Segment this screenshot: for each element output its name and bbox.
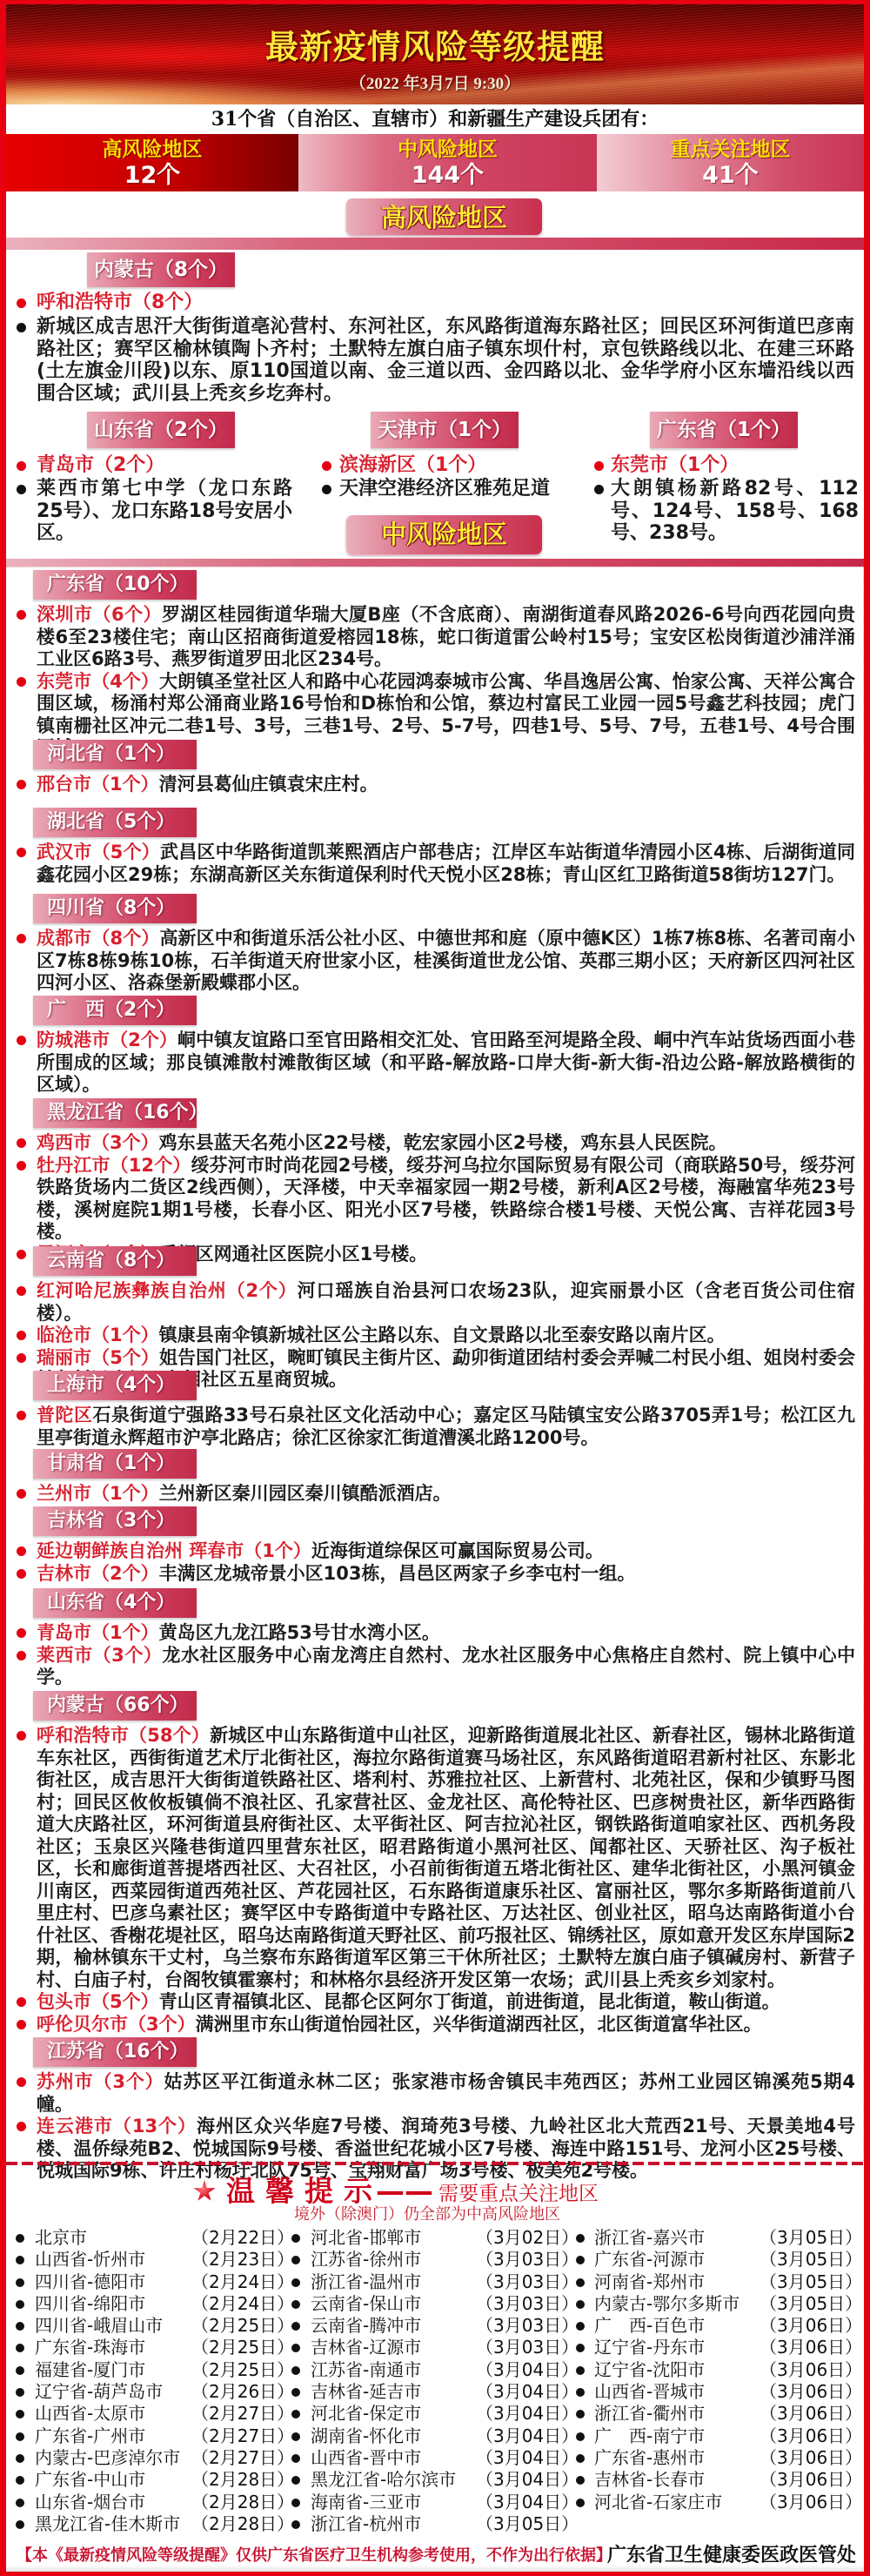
focus-area-name: 浙江省-嘉兴市 <box>594 2227 705 2249</box>
focus-area-row: 浙江省-嘉兴市（3月05日） <box>576 2227 863 2249</box>
bullet-icon <box>576 2300 585 2309</box>
bullet-icon <box>576 2256 585 2264</box>
stat-label: 重点关注地区 <box>597 134 864 162</box>
bullet-icon <box>576 2476 585 2485</box>
focus-area-name: 辽宁省-丹东市 <box>594 2337 705 2358</box>
focus-area-name: 广东省-广州市 <box>35 2425 145 2447</box>
focus-area-row: 浙江省-衢州市（3月06日） <box>576 2403 863 2425</box>
focus-area-column: 河北省-邯郸市（3月02日） 江苏省-徐州市（3月03日） 浙江省-温州市（3月… <box>291 2227 579 2535</box>
bullet-icon <box>576 2234 585 2243</box>
area-list: 大朗镇杨新路82号、112号、124号、158号、168号、238号。 <box>611 478 859 545</box>
focus-area-date: （2月28日） <box>191 2513 294 2535</box>
focus-area-date: （3月04日） <box>476 2403 579 2425</box>
city-entry: 吉林市（2个）丰满区龙城帝景小区103栋，昌邑区两家子乡李屯村一组。 <box>6 1563 855 1586</box>
focus-area-name: 湖南省-怀化市 <box>311 2425 421 2447</box>
focus-area-date: （2月24日） <box>191 2271 294 2293</box>
focus-area-date: （3月03日） <box>476 2315 579 2337</box>
province-group: 黑龙江省（16个） 鸡西市（3个）鸡东县蓝天名苑小区22号楼，乾宏家园小区2号楼… <box>6 1098 864 1265</box>
focus-area-date: （2月25日） <box>191 2337 294 2358</box>
bullet-icon <box>576 2388 585 2397</box>
focus-area-date: （3月04日） <box>476 2425 579 2447</box>
city-entry: 深圳市（6个）罗湖区桂园街道华瑞大厦B座（不含底商）、南湖街道春风路2026-6… <box>6 604 855 671</box>
focus-area-name: 北京市 <box>35 2227 87 2249</box>
province-tag: 山东省（2个） <box>87 412 235 448</box>
focus-area-date: （3月05日） <box>760 2249 862 2271</box>
focus-area-date: （3月06日） <box>760 2359 862 2381</box>
province-group: 吉林省（3个） 延边朝鲜族自治州 珲春市（1个）近海街道综保区可赢国际贸易公司。… <box>6 1506 864 1585</box>
bullet-icon <box>576 2366 585 2375</box>
bullet-icon <box>17 1997 26 2007</box>
focus-area-column: 北京市（2月22日） 山西省-忻州市（2月23日） 四川省-德阳市（2月24日）… <box>16 2227 303 2535</box>
city-entry: 青岛市（1个）黄岛区九龙江路53号甘水湾小区。 <box>6 1622 855 1645</box>
bullet-icon <box>291 2476 300 2485</box>
header-banner: 最新疫情风险等级提醒 （2022 年3月7日 9:30） <box>6 4 864 104</box>
focus-area-name: 广东省-惠州市 <box>594 2447 705 2469</box>
focus-area-date: （2月22日） <box>191 2227 294 2249</box>
focus-area-row: 广东省-惠州市（3月06日） <box>576 2447 863 2469</box>
focus-area-date: （3月06日） <box>760 2381 862 2403</box>
focus-area-row: 浙江省-温州市（3月03日） <box>291 2271 579 2293</box>
bullet-icon <box>17 1331 26 1340</box>
bullet-icon <box>17 1731 26 1741</box>
update-time: （2022 年3月7日 9:30） <box>6 73 864 96</box>
bullet-icon <box>16 2344 24 2352</box>
bullet-icon <box>16 2322 24 2331</box>
bullet-icon <box>291 2322 300 2331</box>
focus-area-row: 云南省-腾冲市（3月03日） <box>291 2315 579 2337</box>
focus-area-name: 吉林省-长春市 <box>594 2469 705 2491</box>
province-tag: 天津市（1个） <box>371 412 519 448</box>
province-tag: 内蒙古（8个） <box>87 252 235 287</box>
area-list: 武昌区中华路街道凯莱熙酒店户部巷店；江岸区车站街道华清园小区4栋、后湖街道同鑫花… <box>37 842 855 885</box>
city-name: 邢台市（1个） <box>37 774 159 795</box>
stat-label: 高风险地区 <box>6 134 298 162</box>
focus-area-date: （2月28日） <box>191 2492 294 2513</box>
area-list: 青山区青福镇北区、昆都仑区阿尔丁街道，前进街道，昆北街道，鞍山街道。 <box>159 1991 780 2012</box>
focus-area-date: （3月04日） <box>476 2447 579 2469</box>
focus-area-date: （3月04日） <box>476 2359 579 2381</box>
bullet-icon <box>17 610 26 620</box>
bullet-icon <box>16 2256 24 2264</box>
bullet-icon <box>291 2256 300 2264</box>
focus-area-row: 山西省-晋中市（3月04日） <box>291 2447 579 2469</box>
focus-area-date: （3月05日） <box>476 2513 579 2535</box>
issuer: 广东省卫生健康委医政医管处 <box>607 2542 856 2570</box>
bullet-icon <box>17 780 26 789</box>
focus-area-row: 四川省-绵阳市（2月24日） <box>16 2293 303 2315</box>
bullet-icon <box>322 461 331 471</box>
city-name: 瑞丽市（5个） <box>37 1347 159 1368</box>
bullet-icon <box>291 2300 300 2309</box>
focus-area-date: （3月06日） <box>760 2447 862 2469</box>
focus-area-row: 广东省-珠海市（2月25日） <box>16 2337 303 2358</box>
city-name: 普陀区 <box>37 1405 92 1426</box>
area-list: 高新区中和街道乐活公社小区、中德世邦和庭（原中德K区）1栋7栋8栋、名著司南小区… <box>37 928 855 993</box>
focus-area-date: （3月02日） <box>476 2227 579 2249</box>
focus-area-name: 云南省-保山市 <box>311 2293 421 2315</box>
footer: 【本《最新疫情风险等级提醒》仅供广东省医疗卫生机构参考使用，不作为出行依据】 广… <box>6 2542 864 2572</box>
province-group: 江苏省（16个） 苏州市（3个）姑苏区平江街道永林二区；张家港市杨舍镇民丰苑西区… <box>6 2037 864 2183</box>
focus-area-row: 辽宁省-丹东市（3月06日） <box>576 2337 863 2358</box>
bullet-icon <box>576 2344 585 2352</box>
city-name: 莱西市（3个） <box>37 1645 162 1666</box>
city-entry: 延边朝鲜族自治州 珲春市（1个）近海街道综保区可赢国际贸易公司。 <box>6 1540 855 1563</box>
province-tag: 吉林省（3个） <box>33 1506 197 1536</box>
province-tag: 广东省（10个） <box>33 570 197 600</box>
focus-area-row: 广 西-百色市（3月06日） <box>576 2315 863 2337</box>
focus-area-name: 四川省-绵阳市 <box>35 2293 145 2315</box>
city-entry: 兰州市（1个）兰州新区秦川园区秦川镇酷派酒店。 <box>6 1483 855 1506</box>
city-name: 深圳市（6个） <box>37 604 162 625</box>
focus-area-name: 山东省-烟台市 <box>35 2492 145 2513</box>
focus-area-name: 黑龙江省-佳木斯市 <box>35 2513 180 2535</box>
city-entry: 普陀区石泉街道宁强路33号石泉社区文化活动中心；嘉定区马陆镇宝安公路3705弄1… <box>6 1405 855 1449</box>
focus-area-date: （3月06日） <box>760 2315 862 2337</box>
dashed-divider <box>6 2162 864 2165</box>
bullet-icon <box>291 2520 300 2529</box>
city-name: 鸡西市（3个） <box>37 1132 159 1153</box>
focus-area-date: （3月03日） <box>476 2337 579 2358</box>
focus-area-row: 广东省-广州市（2月27日） <box>16 2425 303 2447</box>
focus-area-date: （3月05日） <box>760 2227 862 2249</box>
city-entry: 武汉市（5个）武昌区中华路街道凯莱熙酒店户部巷店；江岸区车站街道华清园小区4栋、… <box>6 842 855 886</box>
focus-area-row: 内蒙古-鄂尔多斯市（3月05日） <box>576 2293 863 2315</box>
focus-area-date: （3月06日） <box>760 2337 862 2358</box>
focus-area-row: 广 西-南宁市（3月06日） <box>576 2425 863 2447</box>
bullet-icon <box>17 299 26 308</box>
city-entry: 邢台市（1个）清河县葛仙庄镇袁宋庄村。 <box>6 774 855 796</box>
bullet-icon <box>16 2454 24 2463</box>
focus-area-date: （3月03日） <box>476 2271 579 2293</box>
focus-area-date: （2月28日） <box>191 2469 294 2491</box>
focus-area-date: （3月05日） <box>760 2271 862 2293</box>
focus-area-row: 吉林省-辽源市（3月03日） <box>291 2337 579 2358</box>
city-name: 成都市（8个） <box>37 928 159 949</box>
bullet-icon <box>16 2388 24 2397</box>
focus-area-row: 河北省-保定市（3月04日） <box>291 2403 579 2425</box>
section-divider-band <box>6 238 864 250</box>
focus-area-name: 江苏省-徐州市 <box>311 2249 421 2271</box>
focus-area-date: （3月06日） <box>760 2403 862 2425</box>
focus-area-row: 山西省-太原市（2月27日） <box>16 2403 303 2425</box>
bullet-icon <box>17 461 26 471</box>
focus-area-date: （2月25日） <box>191 2359 294 2381</box>
city-name: 临沧市（1个） <box>37 1325 159 1345</box>
focus-area-name: 广东省-中山市 <box>35 2469 145 2491</box>
bullet-icon <box>17 1138 26 1148</box>
focus-area-date: （2月27日） <box>191 2403 294 2425</box>
focus-area-name: 山西省-太原市 <box>35 2403 145 2425</box>
focus-area-row: 黑龙江省-佳木斯市（2月28日） <box>16 2513 303 2535</box>
focus-area-date: （3月05日） <box>760 2293 862 2315</box>
city-entry: 呼和浩特市（58个）新城区中山东路街道中山社区，迎新路街道展北社区、新春社区，锡… <box>6 1725 855 1991</box>
high-risk-section-title: 高风险地区 <box>346 198 542 235</box>
city-name: 武汉市（5个） <box>37 842 160 862</box>
province-group: 上海市（4个） 普陀区石泉街道宁强路33号石泉社区文化活动中心；嘉定区马陆镇宝安… <box>6 1371 864 1449</box>
city-name: 呼和浩特市（8个） <box>37 292 203 314</box>
province-tag: 甘肃省（1个） <box>33 1449 197 1479</box>
city-name: 红河哈尼族彝族自治州（2个） <box>37 1280 298 1301</box>
bullet-icon <box>17 323 26 332</box>
focus-area-date: （3月04日） <box>476 2492 579 2513</box>
city-name: 兰州市（1个） <box>37 1483 159 1504</box>
focus-area-name: 四川省-德阳市 <box>35 2271 145 2293</box>
focus-area-row: 河南省-郑州市（3月05日） <box>576 2271 863 2293</box>
focus-area-date: （3月06日） <box>760 2469 862 2491</box>
bullet-icon <box>291 2432 300 2441</box>
province-group: 山东省（4个） 青岛市（1个）黄岛区九龙江路53号甘水湾小区。 莱西市（3个）龙… <box>6 1588 864 1689</box>
focus-area-name: 山西省-晋城市 <box>594 2381 705 2403</box>
bullet-icon <box>291 2499 300 2507</box>
focus-area-row: 江苏省-徐州市（3月03日） <box>291 2249 579 2271</box>
area-list: 兰州新区秦川园区秦川镇酷派酒店。 <box>159 1483 452 1504</box>
province-group: 甘肃省（1个） 兰州市（1个）兰州新区秦川园区秦川镇酷派酒店。 <box>6 1449 864 1506</box>
bullet-icon <box>16 2278 24 2287</box>
focus-area-row: 四川省-德阳市（2月24日） <box>16 2271 303 2293</box>
bullet-icon <box>17 1411 26 1420</box>
province-tag: 黑龙江省（16个） <box>33 1098 197 1128</box>
bullet-icon <box>17 485 26 494</box>
area-list: 镇康县南伞镇新城社区公主路以东、自文景路以北至泰安路以南片区。 <box>159 1325 726 1345</box>
city-name: 吉林市（2个） <box>37 1563 159 1584</box>
focus-area-row: 湖南省-怀化市（3月04日） <box>291 2425 579 2447</box>
focus-area-name: 河北省-邯郸市 <box>311 2227 421 2249</box>
summary-heading: 31个省（自治区、直辖市）和新疆生产建设兵团有： <box>6 104 864 134</box>
focus-area-name: 河北省-石家庄市 <box>594 2492 722 2513</box>
focus-area-name: 浙江省-衢州市 <box>594 2403 705 2425</box>
focus-area-row: 辽宁省-葫芦岛市（2月26日） <box>16 2381 303 2403</box>
bullet-icon <box>576 2278 585 2287</box>
bullet-icon <box>291 2410 300 2418</box>
focus-area-date: （3月04日） <box>476 2381 579 2403</box>
bullet-icon <box>17 934 26 943</box>
focus-area-name: 内蒙古-鄂尔多斯市 <box>594 2293 739 2315</box>
focus-area-date: （3月04日） <box>476 2469 579 2491</box>
bullet-icon <box>17 1353 26 1363</box>
medium-risk-section-title: 中风险地区 <box>346 515 542 554</box>
focus-area-name: 吉林省-辽源市 <box>311 2337 421 2358</box>
province-tag: 云南省（8个） <box>33 1246 197 1276</box>
city-name: 防城港市（2个） <box>37 1030 177 1050</box>
city-entry: 防城港市（2个）峒中镇友谊路口至官田路相交汇处、官田路至河堤路全段、峒中汽车站货… <box>6 1030 855 1097</box>
bullet-icon <box>322 485 331 494</box>
province-tag: 内蒙古（66个） <box>33 1691 197 1721</box>
bullet-icon <box>16 2366 24 2375</box>
bullet-icon <box>17 2122 26 2131</box>
city-entry: 成都市（8个）高新区中和街道乐活公社小区、中德世邦和庭（原中德K区）1栋7栋8栋… <box>6 928 855 995</box>
city-name: 东莞市（4个） <box>37 671 159 692</box>
focus-area-date: （2月26日） <box>191 2381 294 2403</box>
focus-area-name: 辽宁省-沈阳市 <box>594 2359 705 2381</box>
stat-count: 12个 <box>6 162 298 190</box>
bullet-icon <box>17 677 26 687</box>
stat-medium-risk: 中风险地区 144个 <box>298 134 597 191</box>
area-list: 黄岛区九龙江路53号甘水湾小区。 <box>159 1622 440 1643</box>
stat-count: 41个 <box>597 162 864 190</box>
bullet-icon <box>17 2077 26 2087</box>
stat-high-risk: 高风险地区 12个 <box>6 134 298 191</box>
focus-area-date: （3月03日） <box>476 2249 579 2271</box>
province-group: 广 西（2个） 防城港市（2个）峒中镇友谊路口至官田路相交汇处、官田路至河堤路全… <box>6 996 864 1097</box>
city-entry: 临沧市（1个）镇康县南伞镇新城社区公主路以东、自文景路以北至泰安路以南片区。 <box>6 1325 855 1347</box>
city-entry: 呼伦贝尔市（3个）满洲里市东山街道怡园社区，兴华街道湖西社区，北区街道富华社区。 <box>6 2014 855 2036</box>
focus-area-row: 四川省-峨眉山市（2月25日） <box>16 2315 303 2337</box>
city-name: 呼和浩特市（58个） <box>37 1725 210 1746</box>
area-list: 清河县葛仙庄镇袁宋庄村。 <box>159 774 378 795</box>
focus-area-row: 山西省-忻州市（2月23日） <box>16 2249 303 2271</box>
province-group: 云南省（8个） 红河哈尼族彝族自治州（2个）河口瑶族自治县河口农场23队，迎宾丽… <box>6 1246 864 1392</box>
city-name: 苏州市（3个） <box>37 2071 164 2092</box>
province-group: 内蒙古（66个） 呼和浩特市（58个）新城区中山东路街道中山社区，迎新路街道展北… <box>6 1691 864 2036</box>
disclaimer: 【本《最新疫情风险等级提醒》仅供广东省医疗卫生机构参考使用，不作为出行依据】 <box>17 2542 612 2570</box>
bullet-icon <box>17 1036 26 1045</box>
area-list: 石泉街道宁强路33号石泉社区文化活动中心；嘉定区马陆镇宝安公路3705弄1号；松… <box>37 1405 855 1448</box>
focus-area-date: （2月27日） <box>191 2425 294 2447</box>
stat-label: 中风险地区 <box>298 134 597 162</box>
bullet-icon <box>576 2499 585 2507</box>
focus-area-name: 浙江省-杭州市 <box>311 2513 421 2535</box>
focus-area-name: 浙江省-温州市 <box>311 2271 421 2293</box>
bullet-icon <box>17 1286 26 1296</box>
focus-area-name: 广 西-南宁市 <box>594 2425 705 2447</box>
focus-area-row: 广东省-中山市（2月28日） <box>16 2469 303 2491</box>
bullet-icon <box>291 2278 300 2287</box>
bullet-icon <box>17 1161 26 1171</box>
area-list: 新城区中山东路街道中山社区，迎新路街道展北社区、新春社区，锡林北路街道车东社区，… <box>37 1725 855 1990</box>
stat-focus-areas: 重点关注地区 41个 <box>597 134 864 191</box>
bullet-icon <box>576 2432 585 2441</box>
bullet-icon <box>594 485 604 494</box>
bullet-icon <box>17 1546 26 1556</box>
city-entry: 牡丹江市（12个）绥芬河市时尚花园2号楼，绥芬河乌拉尔国际贸易有限公司（商联路5… <box>6 1155 855 1244</box>
area-list: 丰满区龙城帝景小区103栋，昌邑区两家子乡李屯村一组。 <box>159 1563 636 1584</box>
focus-area-date: （2月27日） <box>191 2447 294 2469</box>
focus-area-name: 山西省-忻州市 <box>35 2249 145 2271</box>
focus-area-name: 福建省-厦门市 <box>35 2359 145 2381</box>
province-tag: 湖北省（5个） <box>33 808 197 837</box>
city-entry: 苏州市（3个）姑苏区平江街道永林二区；张家港市杨舍镇民丰苑西区；苏州工业园区锦溪… <box>6 2071 855 2116</box>
focus-area-name: 内蒙古-巴彦淖尔市 <box>35 2447 180 2469</box>
bullet-icon <box>291 2366 300 2375</box>
focus-area-date: （2月25日） <box>191 2315 294 2337</box>
focus-area-name: 山西省-晋中市 <box>311 2447 421 2469</box>
bullet-icon <box>16 2432 24 2441</box>
focus-area-date: （2月23日） <box>191 2249 294 2271</box>
province-tag: 山东省（4个） <box>33 1588 197 1618</box>
city-name: 牡丹江市（12个） <box>37 1155 191 1176</box>
focus-area-name: 黑龙江省-哈尔滨市 <box>311 2469 456 2491</box>
focus-area-name: 河南省-郑州市 <box>594 2271 705 2293</box>
city-name: 青岛市（2个） <box>37 454 164 477</box>
area-list: 鸡东县蓝天名苑小区22号楼，乾宏家园小区2号楼，鸡东县人民医院。 <box>159 1132 727 1153</box>
city-name: 青岛市（1个） <box>37 1622 159 1643</box>
focus-area-name: 江苏省-南通市 <box>311 2359 421 2381</box>
province-group: 湖北省（5个） 武汉市（5个）武昌区中华路街道凯莱熙酒店户部巷店；江岸区车站街道… <box>6 808 864 886</box>
bullet-icon <box>576 2322 585 2331</box>
focus-area-name: 广东省-河源市 <box>594 2249 705 2271</box>
focus-area-name: 广东省-珠海市 <box>35 2337 145 2358</box>
bullet-icon <box>16 2234 24 2243</box>
bullet-icon <box>291 2234 300 2243</box>
focus-area-date: （3月03日） <box>476 2293 579 2315</box>
stat-count: 144个 <box>298 162 597 190</box>
city-name: 东莞市（1个） <box>611 454 739 477</box>
focus-area-row: 福建省-厦门市（2月25日） <box>16 2359 303 2381</box>
focus-area-row: 浙江省-杭州市（3月05日） <box>291 2513 579 2535</box>
area-list: 莱西市第七中学（龙口东路25号）、龙口东路18号安居小区。 <box>37 478 292 545</box>
focus-area-name: 云南省-腾冲市 <box>311 2315 421 2337</box>
focus-area-row: 吉林省-延吉市（3月04日） <box>291 2381 579 2403</box>
bullet-icon <box>576 2454 585 2463</box>
focus-area-row: 山西省-晋城市（3月06日） <box>576 2381 863 2403</box>
bullet-icon <box>291 2454 300 2463</box>
bullet-icon <box>17 1651 26 1660</box>
province-tag: 河北省（1个） <box>33 740 197 769</box>
bullet-icon <box>291 2344 300 2352</box>
city-name: 滨海新区（1个） <box>339 454 486 477</box>
focus-area-row: 辽宁省-沈阳市（3月06日） <box>576 2359 863 2381</box>
focus-area-row: 黑龙江省-哈尔滨市（3月04日） <box>291 2469 579 2491</box>
focus-area-date: （2月24日） <box>191 2293 294 2315</box>
focus-area-row: 吉林省-长春市（3月06日） <box>576 2469 863 2491</box>
focus-area-name: 河北省-保定市 <box>311 2403 421 2425</box>
area-list: 近海街道综保区可赢国际贸易公司。 <box>311 1540 604 1561</box>
focus-area-column: 浙江省-嘉兴市（3月05日） 广东省-河源市（3月05日） 河南省-郑州市（3月… <box>576 2227 863 2513</box>
bullet-icon <box>594 461 604 471</box>
city-entry: 包头市（5个）青山区青福镇北区、昆都仑区阿尔丁街道，前进街道，昆北街道，鞍山街道… <box>6 1991 855 2014</box>
area-list: 新城区成吉思汗大街街道亳沁营村、东河社区，东风路街道海东路社区；回民区环河街道巴… <box>37 316 854 405</box>
province-tag: 四川省（8个） <box>33 894 197 923</box>
bullet-icon <box>17 1628 26 1638</box>
bullet-icon <box>17 1569 26 1579</box>
section-divider-band <box>6 559 864 567</box>
focus-area-date: （3月06日） <box>760 2425 862 2447</box>
focus-area-row: 山东省-烟台市（2月28日） <box>16 2492 303 2513</box>
city-entry: 鸡西市（3个）鸡东县蓝天名苑小区22号楼，乾宏家园小区2号楼，鸡东县人民医院。 <box>6 1132 855 1155</box>
focus-area-name: 辽宁省-葫芦岛市 <box>35 2381 163 2403</box>
star-icon <box>193 2180 216 2203</box>
bullet-icon <box>17 2020 26 2029</box>
province-group: 四川省（8个） 成都市（8个）高新区中和街道乐活公社小区、中德世邦和庭（原中德K… <box>6 894 864 995</box>
focus-area-row: 河北省-石家庄市（3月06日） <box>576 2492 863 2513</box>
focus-area-row: 海南省-三亚市（3月04日） <box>291 2492 579 2513</box>
province-tag: 广 西（2个） <box>33 996 197 1025</box>
focus-area-row: 广东省-河源市（3月05日） <box>576 2249 863 2271</box>
province-tag: 上海市（4个） <box>33 1371 197 1400</box>
overseas-note: 境外（除澳门）仍全部为中高风险地区 <box>294 2204 560 2225</box>
focus-area-row: 江苏省-南通市（3月04日） <box>291 2359 579 2381</box>
focus-area-row: 内蒙古-巴彦淖尔市（2月27日） <box>16 2447 303 2469</box>
focus-area-row: 北京市（2月22日） <box>16 2227 303 2249</box>
bullet-icon <box>576 2410 585 2418</box>
focus-area-name: 吉林省-延吉市 <box>311 2381 421 2403</box>
focus-area-name: 广 西-百色市 <box>594 2315 705 2337</box>
focus-area-row: 云南省-保山市（3月03日） <box>291 2293 579 2315</box>
province-group: 河北省（1个） 邢台市（1个）清河县葛仙庄镇袁宋庄村。 <box>6 740 864 796</box>
focus-area-name: 四川省-峨眉山市 <box>35 2315 163 2337</box>
focus-area-name: 海南省-三亚市 <box>311 2492 421 2513</box>
page-title: 最新疫情风险等级提醒 <box>6 27 864 67</box>
bullet-icon <box>17 1489 26 1499</box>
bullet-icon <box>291 2388 300 2397</box>
city-entry: 莱西市（3个）龙水社区服务中心南龙湾庄自然村、龙水社区服务中心焦格庄自然村、院上… <box>6 1645 855 1689</box>
city-name: 延边朝鲜族自治州 珲春市（1个） <box>37 1540 311 1561</box>
bullet-icon <box>17 848 26 857</box>
city-entry: 红河哈尼族彝族自治州（2个）河口瑶族自治县河口农场23队，迎宾丽景小区（含老百货… <box>6 1280 855 1325</box>
province-tag: 江苏省（16个） <box>33 2037 197 2067</box>
focus-area-row: 河北省-邯郸市（3月02日） <box>291 2227 579 2249</box>
bullet-icon <box>16 2410 24 2418</box>
